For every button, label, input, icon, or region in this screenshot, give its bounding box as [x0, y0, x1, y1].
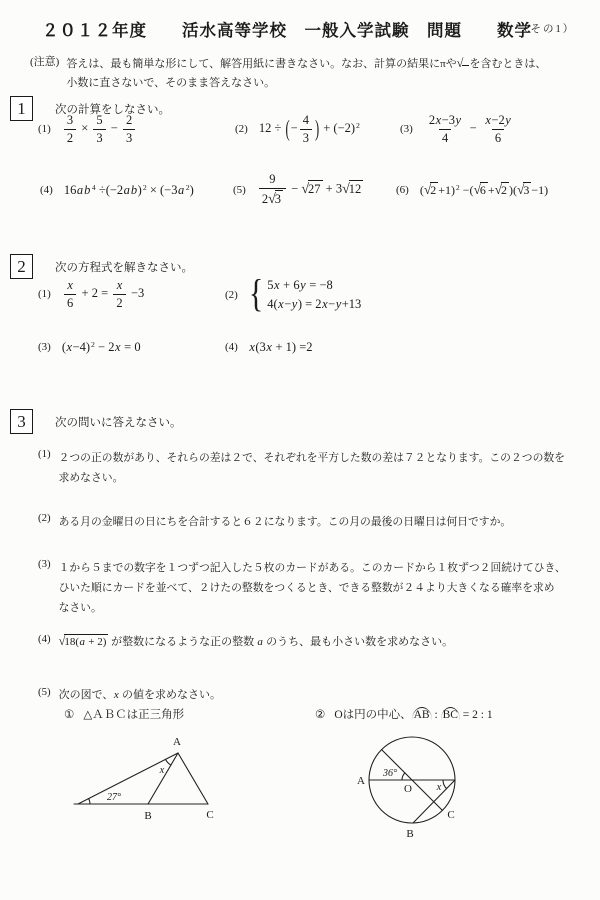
- problem-1-6: (6) (√2+1)2 −(√6+√2)(√3−1): [396, 172, 548, 208]
- circled-2-marker: ②: [315, 707, 325, 721]
- problem-label: (4): [38, 633, 51, 645]
- system-equation-1: 5x + 6y = −8: [267, 278, 361, 293]
- circle-figure: A O 36° x C B: [352, 727, 480, 847]
- problem-label: (6): [396, 184, 409, 196]
- problem-formula: 92√3 − √27 + 3√12: [257, 172, 363, 207]
- problem-formula: 16ab4 ÷(−2ab)2 × (−3a2): [64, 183, 194, 198]
- page-number-note: （その1）: [518, 21, 575, 36]
- problem-2-1: (1) x6 + 2 = x2 −3: [38, 275, 144, 313]
- problem-3-1: (1) ２つの正の数があり、それらの差は２で、それぞれを平方した数の差は７２とな…: [38, 448, 565, 488]
- angle-x-arc: [443, 780, 447, 789]
- problem-label: (5): [233, 184, 246, 196]
- problem-formula: (x−4)2 − 2x = 0: [62, 340, 141, 355]
- problem-text-line: 求めなさい。: [59, 468, 565, 488]
- problem-3-5: (5) 次の図で、x の値を求めなさい。: [38, 686, 221, 702]
- problem-label: (5): [38, 686, 51, 698]
- circle-lines: [369, 737, 455, 823]
- problem-label: (3): [38, 558, 51, 570]
- problem-text-line: １から５までの数字を１つずつ記入した５枚のカードがある。このカードから１枚ずつ２…: [59, 558, 566, 578]
- page-title: ２０１２年度 活水高等学校 一般入学試験 問題 数学: [42, 17, 532, 41]
- triangle-figure: A B C x 27°: [50, 733, 230, 833]
- problem-label: (2): [235, 123, 248, 135]
- section-3-number: 3: [10, 409, 33, 434]
- problem-formula: √18(a + 2) が整数になるような正の整数 a のうち、最も小さい数を求め…: [59, 633, 454, 649]
- problem-label: (1): [38, 448, 51, 460]
- problem-1-3: (3) 2x−3y4 − x−2y6: [400, 111, 516, 147]
- system-brace: {: [249, 273, 263, 317]
- problem-formula: 2x−3y4 − x−2y6: [424, 113, 516, 145]
- angle-x-label: x: [436, 782, 442, 793]
- problem-label: (3): [400, 123, 413, 135]
- point-a-label: A: [357, 775, 365, 787]
- circled-1-marker: ①: [64, 707, 74, 721]
- problem-label: (2): [38, 512, 51, 524]
- problem-3-2: (2) ある月の金曜日の日にちを合計すると６２になります。この月の最後の日曜日は…: [38, 512, 511, 532]
- section-2-number: 2: [10, 254, 33, 279]
- notice-block: (注意) 答えは、最も簡単な形にして、解答用紙に書きなさい。なお、計算の結果にπ…: [30, 53, 546, 93]
- point-c-label: C: [447, 809, 454, 821]
- subproblem-2-text: Oは円の中心、AB : BC = 2 : 1: [334, 706, 492, 722]
- problem-formula: 32 × 53 − 23: [62, 113, 137, 145]
- problem-formula: x(3x + 1) =2: [249, 340, 313, 355]
- problem-2-2: (2) { 5x + 6y = −8 4(x−y) = 2x−y+13: [225, 271, 361, 319]
- problem-2-4: (4) x(3x + 1) =2: [225, 336, 313, 358]
- angle-x-arc: [166, 759, 171, 765]
- problem-3-4: (4) √18(a + 2) が整数になるような正の整数 a のうち、最も小さい…: [38, 633, 453, 649]
- vertex-b-label: B: [144, 810, 151, 822]
- problem-label: (1): [38, 288, 51, 300]
- vertex-a-label: A: [173, 736, 181, 748]
- problem-text-line: なさい。: [59, 598, 566, 618]
- triangle-lines: [74, 753, 208, 804]
- problem-text-line: ひいた順にカードを並べて、２けたの整数をつくるとき、できる整数が２４より大きくな…: [59, 578, 566, 598]
- problem-formula: x6 + 2 = x2 −3: [62, 278, 144, 310]
- subproblem-1: ① △ＡＢＣは正三角形: [64, 706, 184, 722]
- problem-1-1: (1) 32 × 53 − 23: [38, 111, 137, 147]
- problem-3-3: (3) １から５までの数字を１つずつ記入した５枚のカードがある。このカードから１…: [38, 558, 566, 618]
- angle-27-label: 27°: [107, 792, 121, 803]
- point-b-label: B: [406, 828, 413, 840]
- problem-formula: 12 ÷ (−43) + (−2)2: [259, 113, 360, 145]
- equation-system: { 5x + 6y = −8 4(x−y) = 2x−y+13: [249, 278, 361, 312]
- problem-1-5: (5) 92√3 − √27 + 3√12: [233, 172, 363, 208]
- angle-27-arc: [89, 799, 90, 804]
- section-1-number: 1: [10, 96, 33, 121]
- problem-1-2: (2) 12 ÷ (−43) + (−2)2: [235, 111, 360, 147]
- problem-text-line: ２つの正の数があり、それらの差は２で、それぞれを平方した数の差は７２となります。…: [59, 448, 565, 468]
- section-2-prompt: 次の方程式を解きなさい。: [55, 259, 193, 275]
- problem-label: (4): [40, 184, 53, 196]
- center-o-label: O: [404, 783, 412, 795]
- subproblem-2: ② Oは円の中心、AB : BC = 2 : 1: [315, 706, 493, 722]
- exam-page: { "header": { "title": "２０１２年度 活水高等学校 一般…: [0, 0, 600, 900]
- notice-line-2: 小数に直さないで、そのまま答えなさい。: [66, 74, 546, 93]
- problem-1-4: (4) 16ab4 ÷(−2ab)2 × (−3a2): [40, 172, 194, 208]
- system-equation-2: 4(x−y) = 2x−y+13: [267, 297, 361, 312]
- subproblem-1-text: △ＡＢＣは正三角形: [83, 706, 184, 722]
- angle-36-label: 36°: [382, 768, 397, 779]
- angle-36-arc: [402, 773, 405, 780]
- angle-x-label: x: [159, 765, 165, 776]
- problem-label: (4): [225, 341, 238, 353]
- problem-text-line: ある月の金曜日の日にちを合計すると６２になります。この月の最後の日曜日は何日です…: [59, 512, 512, 532]
- vertex-c-label: C: [206, 809, 213, 821]
- notice-label: (注意): [30, 53, 59, 93]
- problem-formula: (√2+1)2 −(√6+√2)(√3−1): [420, 182, 548, 198]
- notice-line-1: 答えは、最も簡単な形にして、解答用紙に書きなさい。なお、計算の結果にπや√ を含…: [66, 53, 546, 74]
- problem-label: (2): [225, 289, 238, 301]
- section-3-prompt: 次の問いに答えなさい。: [55, 414, 182, 430]
- problem-formula: 次の図で、x の値を求めなさい。: [59, 686, 221, 702]
- problem-label: (1): [38, 123, 51, 135]
- problem-2-3: (3) (x−4)2 − 2x = 0: [38, 336, 141, 358]
- problem-label: (3): [38, 341, 51, 353]
